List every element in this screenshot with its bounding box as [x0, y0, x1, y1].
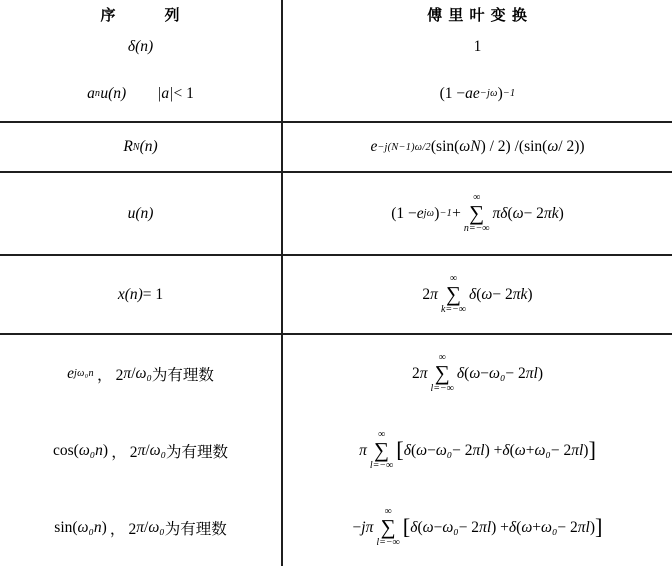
- summation-symbol: ∞∑l=−∞: [431, 353, 454, 394]
- formula-un-transform: (1 − ejω)−1 + ∞∑n=−∞πδ(ω − 2πk): [283, 173, 672, 254]
- formula-xn1-transform: 2π∞∑k=−∞δ(ω − 2πk): [283, 256, 672, 333]
- table-row: x(n) = 1 2π∞∑k=−∞δ(ω − 2πk): [0, 256, 672, 335]
- summation-symbol: ∞∑l=−∞: [370, 430, 393, 471]
- table-block-5: ejω₀n ， 2π / ω₀ 为有理数 cos(ω₀n) ， 2π / ω₀ …: [0, 335, 672, 566]
- formula-cos-transform: π∞∑l=−∞[δ(ω − ω₀ − 2πl) + δ(ω + ω₀ − 2πl…: [283, 412, 672, 489]
- column-sequence-bottom: ejω₀n ， 2π / ω₀ 为有理数 cos(ω₀n) ， 2π / ω₀ …: [0, 335, 283, 566]
- column-sequence: 序 列 δ(n) anu(n) |a| < 1: [0, 0, 283, 121]
- formula-exp-transform: 2π∞∑l=−∞δ(ω − ω₀ − 2πl): [283, 335, 672, 412]
- column-fourier-transform: 傅 里 叶 变 换 1 (1 − ae−jω)−1: [283, 0, 672, 121]
- formula-cos: cos(ω₀n) ， 2π / ω₀ 为有理数: [0, 412, 281, 489]
- cell-rn: RN(n): [0, 123, 283, 171]
- formula-one: 1: [283, 28, 672, 66]
- formula-exp: ejω₀n ， 2π / ω₀ 为有理数: [0, 335, 281, 412]
- header-sequence: 序 列: [0, 0, 281, 28]
- cell-xn1: x(n) = 1: [0, 256, 283, 333]
- formula-rn-transform: e−j(N−1)ω/2(sin(ωN) / 2) /(sin(ω / 2)): [283, 123, 672, 171]
- column-transform-bottom: 2π∞∑l=−∞δ(ω − ω₀ − 2πl) π∞∑l=−∞[δ(ω − ω₀…: [283, 335, 672, 566]
- summation-symbol: ∞∑n=−∞: [464, 193, 490, 234]
- table-row: u(n) (1 − ejω)−1 + ∞∑n=−∞πδ(ω − 2πk): [0, 173, 672, 256]
- formula-rn: RN(n): [0, 123, 281, 171]
- summation-symbol: ∞∑k=−∞: [441, 274, 466, 315]
- formula-an-un: anu(n) |a| < 1: [0, 66, 281, 121]
- summation-symbol: ∞∑l=−∞: [376, 507, 399, 548]
- table-block-1: 序 列 δ(n) anu(n) |a| < 1 傅 里 叶 变 换 1 (1 −…: [0, 0, 672, 123]
- formula-sin-transform: − jπ∞∑l=−∞[δ(ω − ω₀ − 2πl) + δ(ω + ω₀ − …: [283, 489, 672, 566]
- cell-un-transform: (1 − ejω)−1 + ∞∑n=−∞πδ(ω − 2πk): [283, 173, 672, 254]
- formula-geometric-transform: (1 − ae−jω)−1: [283, 66, 672, 121]
- cell-xn1-transform: 2π∞∑k=−∞δ(ω − 2πk): [283, 256, 672, 333]
- header-fourier-transform: 傅 里 叶 变 换: [283, 0, 672, 28]
- cell-rn-transform: e−j(N−1)ω/2(sin(ωN) / 2) /(sin(ω / 2)): [283, 123, 672, 171]
- cell-un: u(n): [0, 173, 283, 254]
- formula-un: u(n): [0, 173, 281, 254]
- formula-xn1: x(n) = 1: [0, 256, 281, 333]
- formula-delta-n: δ(n): [0, 28, 281, 66]
- fourier-transform-table: 序 列 δ(n) anu(n) |a| < 1 傅 里 叶 变 换 1 (1 −…: [0, 0, 672, 566]
- table-row: RN(n) e−j(N−1)ω/2(sin(ωN) / 2) /(sin(ω /…: [0, 123, 672, 173]
- formula-sin: sin(ω₀n) ， 2π / ω₀ 为有理数: [0, 489, 281, 566]
